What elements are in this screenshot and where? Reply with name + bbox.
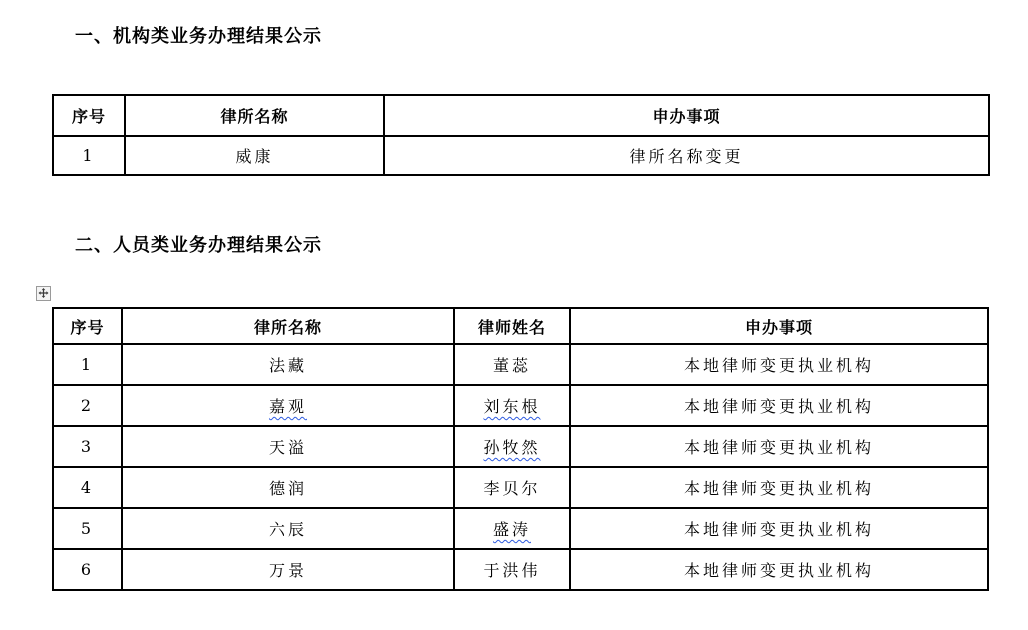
cell-firm-name: 六辰 bbox=[122, 508, 454, 549]
cell-seq: 3 bbox=[53, 426, 122, 467]
cell-lawyer-name: 李贝尔 bbox=[454, 467, 570, 508]
table-row: 6 万景 于洪伟 本地律师变更执业机构 bbox=[53, 549, 988, 590]
table-row: 2 嘉观 刘东根 本地律师变更执业机构 bbox=[53, 385, 988, 426]
table-move-icon bbox=[38, 288, 49, 299]
table-header-row: 序号 律所名称 律师姓名 申办事项 bbox=[53, 308, 988, 344]
cell-firm-name: 嘉观 bbox=[122, 385, 454, 426]
table-row: 4 德润 李贝尔 本地律师变更执业机构 bbox=[53, 467, 988, 508]
institution-results-table: 序号 律所名称 申办事项 1 威康 律所名称变更 bbox=[52, 94, 990, 176]
cell-matter: 本地律师变更执业机构 bbox=[570, 385, 988, 426]
document-page: 一、机构类业务办理结果公示 序号 律所名称 申办事项 1 威康 律所名称变更 二… bbox=[0, 0, 1028, 630]
personnel-results-table: 序号 律所名称 律师姓名 申办事项 1 法藏 董蕊 本地律师变更执业机构 2 嘉… bbox=[52, 307, 989, 591]
cell-matter: 本地律师变更执业机构 bbox=[570, 467, 988, 508]
cell-seq: 1 bbox=[53, 136, 125, 175]
col-header-matter: 申办事项 bbox=[384, 95, 989, 136]
table-row: 1 法藏 董蕊 本地律师变更执业机构 bbox=[53, 344, 988, 385]
cell-lawyer-name: 于洪伟 bbox=[454, 549, 570, 590]
col-header-lawyer: 律师姓名 bbox=[454, 308, 570, 344]
cell-firm-name: 威康 bbox=[125, 136, 384, 175]
spellcheck-underlined-text: 盛涛 bbox=[493, 520, 531, 539]
table-move-handle[interactable] bbox=[36, 286, 51, 301]
col-header-firm: 律所名称 bbox=[122, 308, 454, 344]
cell-firm-name: 万景 bbox=[122, 549, 454, 590]
col-header-matter: 申办事项 bbox=[570, 308, 988, 344]
col-header-firm: 律所名称 bbox=[125, 95, 384, 136]
cell-firm-name: 德润 bbox=[122, 467, 454, 508]
cell-firm-name: 法藏 bbox=[122, 344, 454, 385]
spellcheck-underlined-text: 孙牧然 bbox=[483, 438, 540, 457]
spellcheck-underlined-text: 嘉观 bbox=[269, 397, 307, 416]
cell-lawyer-name: 刘东根 bbox=[454, 385, 570, 426]
cell-lawyer-name: 盛涛 bbox=[454, 508, 570, 549]
cell-matter: 本地律师变更执业机构 bbox=[570, 344, 988, 385]
section-heading-personnel: 二、人员类业务办理结果公示 bbox=[75, 231, 322, 257]
section-heading-institution: 一、机构类业务办理结果公示 bbox=[75, 22, 322, 48]
cell-seq: 2 bbox=[53, 385, 122, 426]
cell-seq: 5 bbox=[53, 508, 122, 549]
cell-lawyer-name: 董蕊 bbox=[454, 344, 570, 385]
table-row: 3 天溢 孙牧然 本地律师变更执业机构 bbox=[53, 426, 988, 467]
table-row: 1 威康 律所名称变更 bbox=[53, 136, 989, 175]
cell-seq: 4 bbox=[53, 467, 122, 508]
cell-matter: 本地律师变更执业机构 bbox=[570, 549, 988, 590]
cell-matter: 律所名称变更 bbox=[384, 136, 989, 175]
cell-matter: 本地律师变更执业机构 bbox=[570, 508, 988, 549]
col-header-seq: 序号 bbox=[53, 308, 122, 344]
cell-seq: 6 bbox=[53, 549, 122, 590]
table-row: 5 六辰 盛涛 本地律师变更执业机构 bbox=[53, 508, 988, 549]
cell-seq: 1 bbox=[53, 344, 122, 385]
cell-matter: 本地律师变更执业机构 bbox=[570, 426, 988, 467]
cell-lawyer-name: 孙牧然 bbox=[454, 426, 570, 467]
spellcheck-underlined-text: 刘东根 bbox=[483, 397, 540, 416]
table-header-row: 序号 律所名称 申办事项 bbox=[53, 95, 989, 136]
col-header-seq: 序号 bbox=[53, 95, 125, 136]
cell-firm-name: 天溢 bbox=[122, 426, 454, 467]
